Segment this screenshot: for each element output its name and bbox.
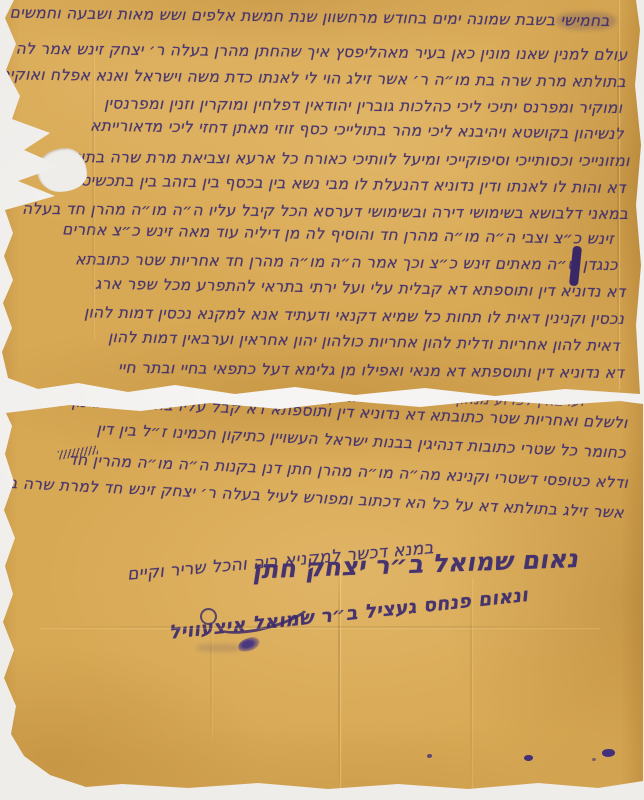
fold-crease xyxy=(617,0,619,390)
handwritten-line: דא נדוניא דין ותוספתא דא קבלית עלי ועל י… xyxy=(95,275,626,301)
handwritten-line: במאני דלבושא בשימושי דירה ובשימושי דערסא… xyxy=(22,200,628,223)
handwritten-line: בתולתא מרת שרה בת מו״ה ר׳ אשר זילג הוי ל… xyxy=(1,65,626,91)
handwritten-line: לנשיהון בקושטא ויהיבנא ליכי מהר בתולייכי… xyxy=(90,117,624,143)
ink-smudge xyxy=(556,12,616,30)
ink-dot xyxy=(524,755,533,761)
fold-crease xyxy=(470,578,472,788)
ink-smear xyxy=(196,644,242,652)
handwritten-line: ומזונייכי וכסותייכי וסיפוקייכי ומיעל לוו… xyxy=(50,148,630,170)
fold-crease xyxy=(92,40,94,340)
handwritten-line: כנגדן ס״ה מאתים זינש כ״צ וכך אמר ה״ה מו״… xyxy=(75,250,618,274)
handwritten-line: דא נדוניא דין ותוספתא דא מנאי ואפילו מן … xyxy=(118,359,624,382)
paper-fragment-top: בחמישי בשבת שמונה ימים בחודש מרחשוון שנת… xyxy=(0,0,644,398)
handwritten-line: דא והות לו לאנתו ודין נדוניא דהנעלת לו מ… xyxy=(72,171,626,197)
handwritten-line: ולשלם ואחריות שטר כתובתא דא נדוניא דין ו… xyxy=(0,387,628,432)
ink-blot xyxy=(237,635,262,653)
scanned-document: בחמישי בשבת שמונה ימים בחודש מרחשוון שנת… xyxy=(0,0,644,800)
fold-crease xyxy=(210,618,212,738)
handwritten-line: בחמישי בשבת שמונה ימים בחודש מרחשוון שנת… xyxy=(0,3,610,30)
ink-dot xyxy=(592,758,596,761)
paper-fragment-bottom: וערבאין לפרוע מנהון שטר כתובתא דא מן יומ… xyxy=(0,398,644,800)
fold-crease xyxy=(40,626,600,628)
handwritten-line: זינש כ״צ וצבי ה״ה מו״ה מהרן חד והוסיף לה… xyxy=(62,220,614,248)
ink-dot xyxy=(427,754,432,758)
ink-dot xyxy=(602,749,615,757)
handwritten-line: נכסין וקנינין דאית לו תחות כל שמיא דקנאי… xyxy=(84,303,624,328)
fold-crease xyxy=(338,558,340,794)
tear-hole xyxy=(37,148,87,192)
handwritten-line: עולם למנין שאנו מונין כאן בעיר מאהליפסץ … xyxy=(0,39,628,64)
handwritten-line: דאית להון אחריות ודלית להון אחריות כולהו… xyxy=(108,328,620,355)
handwritten-line: ומוקיר ומפרנס יתיכי ליכי כהלכות גוברין י… xyxy=(104,94,622,117)
